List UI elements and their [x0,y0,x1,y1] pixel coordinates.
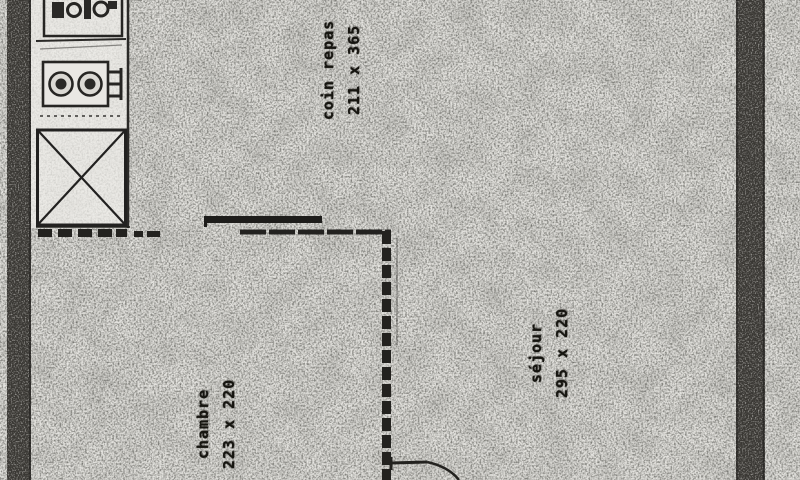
room-dimensions: 223 x 220 [216,379,242,469]
room-label-coin-repas: coin repas 211 x 365 [315,20,367,120]
floorplan-graphics [0,0,800,480]
floorplan-scan: coin repas 211 x 365 séjour 295 x 220 ch… [0,0,800,480]
room-name: chambre [190,379,216,469]
room-dimensions: 295 x 220 [549,308,575,398]
right-wall [736,0,765,480]
left-wall [7,0,31,480]
room-name: coin repas [315,20,341,120]
thick-wall-segment [204,216,322,223]
kitchen-backdrop [31,0,127,228]
room-label-chambre: chambre 223 x 220 [190,379,242,469]
thick-wall-tick [204,216,207,227]
room-dimensions: 211 x 365 [341,20,367,120]
room-name: séjour [523,308,549,398]
kitchen-unit [31,0,128,228]
room-label-sejour: séjour 295 x 220 [523,308,575,398]
